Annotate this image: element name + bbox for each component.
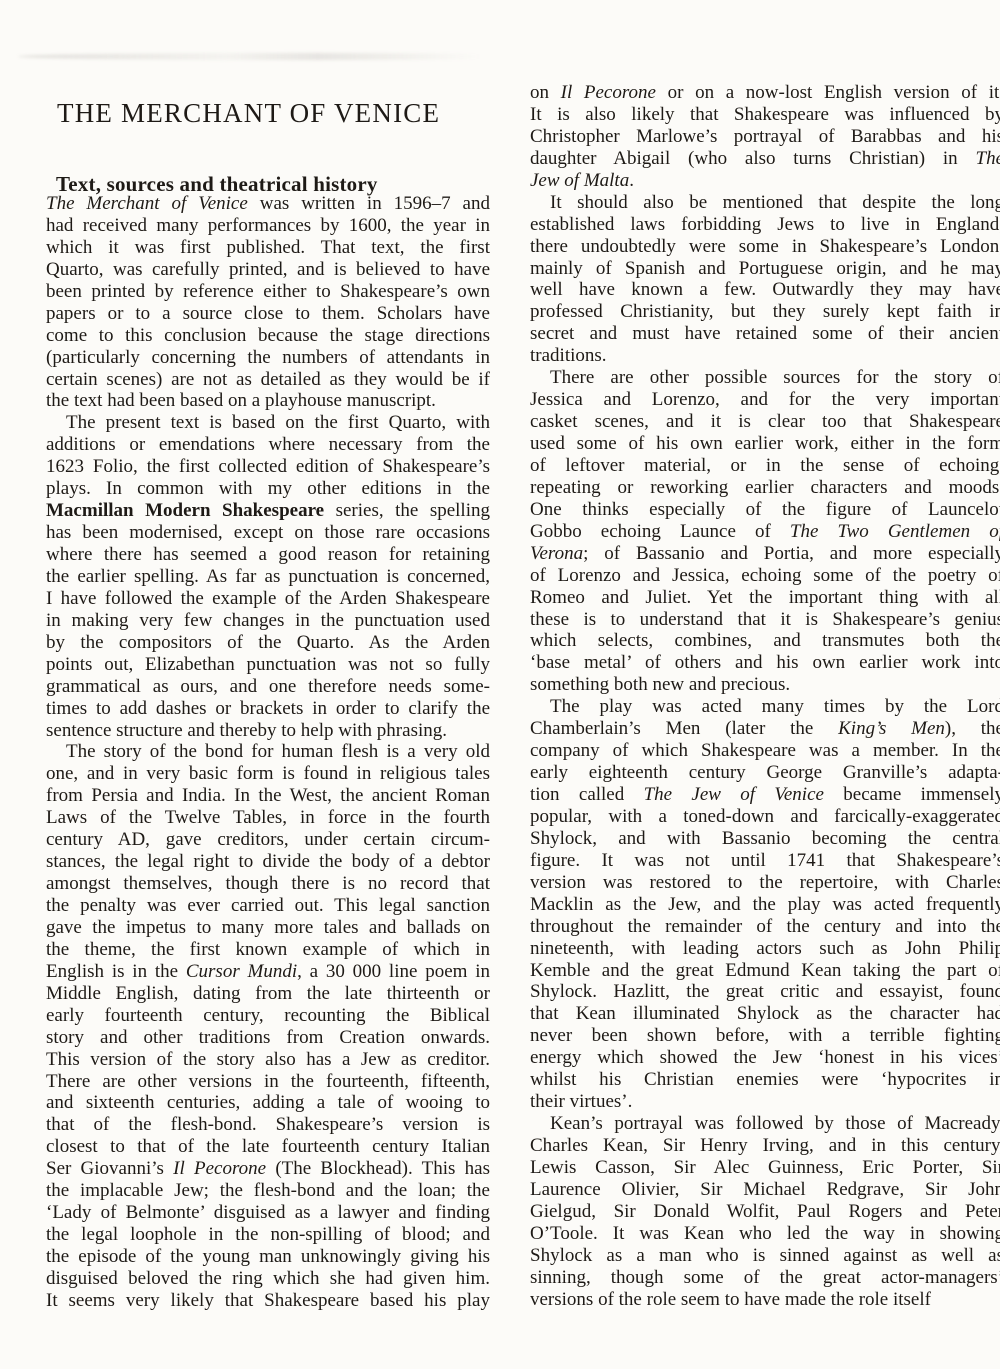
text-line: Jessica and Lorenzo, and for the very im… xyxy=(530,389,1000,411)
text-line: one, and in very basic form is found in … xyxy=(46,763,490,785)
text-line: (particularly concerning the numbers of … xyxy=(46,347,490,369)
text-line: gave the impetus to many more tales and … xyxy=(46,917,490,939)
text-line: century AD, gave creditors, under certai… xyxy=(46,829,490,851)
text-line: early fourteenth century, recounting the… xyxy=(46,1005,490,1027)
text-line: from Persia and India. In the West, the … xyxy=(46,785,490,807)
text-line: nineteenth, with leading actors such as … xyxy=(530,938,1000,960)
text-line: the earlier spelling. As far as punctuat… xyxy=(46,566,490,588)
text-line: amongst themselves, though there is no r… xyxy=(46,873,490,895)
text-line: The present text is based on the first Q… xyxy=(46,412,490,434)
paragraph: The Merchant of Venice was written in 15… xyxy=(46,193,490,412)
text-line: Verona; of Bassanio and Portia, and more… xyxy=(530,543,1000,565)
text-line: the theme, the first known example of wh… xyxy=(46,939,490,961)
text-line: Lewis Casson, Sir Alec Guinness, Eric Po… xyxy=(530,1157,1000,1179)
text-line: One thinks especially of the figure of L… xyxy=(530,499,1000,521)
text-line: early eighteenth century George Granvill… xyxy=(530,762,1000,784)
text-line: has been modernised, except on those rar… xyxy=(46,522,490,544)
text-line: grammatical as ours, and one therefore n… xyxy=(46,676,490,698)
paragraph: The play was acted many times by the Lor… xyxy=(530,696,1000,1113)
text-line: these is to understand that it is Shakes… xyxy=(530,609,1000,631)
text-line: never been shown before, with a terrible… xyxy=(530,1025,1000,1047)
text-line: traditions. xyxy=(530,345,1000,367)
text-line: energy which showed the Jew ‘honest in h… xyxy=(530,1047,1000,1069)
text-line: that Kean illuminated Shylock as the cha… xyxy=(530,1003,1000,1025)
text-line: tion called The Jew of Venice became imm… xyxy=(530,784,1000,806)
text-line: additions or emendations where necessary… xyxy=(46,434,490,456)
text-line: Macmillan Modern Shakespeare series, the… xyxy=(46,500,490,522)
text-line: which selects, combines, and transmutes … xyxy=(530,630,1000,652)
left-text-column: The Merchant of Venice was written in 15… xyxy=(46,193,490,1312)
text-line: Jew of Malta. xyxy=(530,170,1000,192)
text-line: Kemble and the great Edmund Kean taking … xyxy=(530,960,1000,982)
text-line: The story of the bond for human flesh is… xyxy=(46,741,490,763)
text-line: This version of the story also has a Jew… xyxy=(46,1049,490,1071)
text-line: There are other versions in the fourteen… xyxy=(46,1071,490,1093)
right-text-column: on Il Pecorone or on a now-lost English … xyxy=(530,82,1000,1311)
text-line: used some of his own earlier work, eithe… xyxy=(530,433,1000,455)
text-line: version was restored to the repertoire, … xyxy=(530,872,1000,894)
text-line: figure. It was not until 1741 that Shake… xyxy=(530,850,1000,872)
text-line: O’Toole. It was Kean who led the way in … xyxy=(530,1223,1000,1245)
text-line: points out, Elizabethan punctuation was … xyxy=(46,654,490,676)
text-line: and sixteenth centuries, adding a tale o… xyxy=(46,1092,490,1114)
text-line: It should also be mentioned that despite… xyxy=(530,192,1000,214)
paragraph: It should also be mentioned that despite… xyxy=(530,192,1000,368)
text-line: Gielgud, Sir Donald Wolfit, Paul Rogers … xyxy=(530,1201,1000,1223)
text-line: Kean’s portrayal was followed by those o… xyxy=(530,1113,1000,1135)
text-line: throughout the remainder of the century … xyxy=(530,916,1000,938)
text-line: the penalty was ever carried out. This l… xyxy=(46,895,490,917)
text-line: English is in the Cursor Mundi, a 30 000… xyxy=(46,961,490,983)
text-line: ‘Lady of Belmonte’ disguised as a lawyer… xyxy=(46,1202,490,1224)
text-line: certain scenes) are not as detailed as t… xyxy=(46,369,490,391)
text-line: popular, with a toned-down and farcicall… xyxy=(530,806,1000,828)
text-line: The play was acted many times by the Lor… xyxy=(530,696,1000,718)
text-line: sinning, though some of the great actor-… xyxy=(530,1267,1000,1289)
text-line: Chamberlain’s Men (later the King’s Men)… xyxy=(530,718,1000,740)
text-line: by the compositors of the Quarto. As the… xyxy=(46,632,490,654)
text-line: the text had been based on a playhouse m… xyxy=(46,390,490,412)
text-line: The Merchant of Venice was written in 15… xyxy=(46,193,490,215)
text-line: the episode of the young man unknowingly… xyxy=(46,1246,490,1268)
text-line: 1623 Folio, the first collected edition … xyxy=(46,456,490,478)
text-line: of leftover material, or in the sense of… xyxy=(530,455,1000,477)
text-line: It is also likely that Shakespeare was i… xyxy=(530,104,1000,126)
text-line: Laurence Olivier, Sir Michael Redgrave, … xyxy=(530,1179,1000,1201)
text-line: story and other traditions from Creation… xyxy=(46,1027,490,1049)
text-line: the implacable Jew; the flesh-bond and t… xyxy=(46,1180,490,1202)
text-line: Ser Giovanni’s Il Pecorone (The Blockhea… xyxy=(46,1158,490,1180)
text-line: whilst his Christian enemies were ‘hypoc… xyxy=(530,1069,1000,1091)
text-line: their virtues’. xyxy=(530,1091,1000,1113)
text-line: professed Christianity, but they surely … xyxy=(530,301,1000,323)
text-line: repeating or reworking earlier character… xyxy=(530,477,1000,499)
text-line: versions of the role seem to have made t… xyxy=(530,1289,1000,1311)
text-line: sentence structure and thereby to help w… xyxy=(46,720,490,742)
text-line: disguised beloved the ring which she had… xyxy=(46,1268,490,1290)
text-line: well have known a few. Outwardly they ma… xyxy=(530,279,1000,301)
text-line: been printed by reference either to Shak… xyxy=(46,281,490,303)
text-line: Christopher Marlowe’s portrayal of Barab… xyxy=(530,126,1000,148)
text-line: closest to that of the late fourteenth c… xyxy=(46,1136,490,1158)
text-line: casket scenes, and it is clear too that … xyxy=(530,411,1000,433)
text-line: Romeo and Juliet. Yet the important thin… xyxy=(530,587,1000,609)
text-line: plays. In common with my other editions … xyxy=(46,478,490,500)
text-line: Middle English, dating from the late thi… xyxy=(46,983,490,1005)
text-line: secret and must have retained some of th… xyxy=(530,323,1000,345)
scan-smudge-artifact xyxy=(18,53,563,60)
text-line: Shylock as a man who is sinned against a… xyxy=(530,1245,1000,1267)
text-line: times to add dashes or brackets in order… xyxy=(46,698,490,720)
paragraph: Kean’s portrayal was followed by those o… xyxy=(530,1113,1000,1310)
text-line: Macklin as the Jew, and the play was act… xyxy=(530,894,1000,916)
text-line: Charles Kean, Sir Henry Irving, and in t… xyxy=(530,1135,1000,1157)
text-line: had received many performances by 1600, … xyxy=(46,215,490,237)
text-line: Shylock, and with Bassanio becoming the … xyxy=(530,828,1000,850)
text-line: Gobbo echoing Launce of The Two Gentleme… xyxy=(530,521,1000,543)
text-line: Laws of the Twelve Tables, in force in t… xyxy=(46,807,490,829)
text-line: something both new and precious. xyxy=(530,674,1000,696)
text-line: of Lorenzo and Jessica, echoing some of … xyxy=(530,565,1000,587)
text-line: ‘base metal’ of others and his own earli… xyxy=(530,652,1000,674)
text-line: where there has seemed a good reason for… xyxy=(46,544,490,566)
text-line: Shylock. Hazlitt, the great critic and e… xyxy=(530,981,1000,1003)
text-line: stances, the legal right to divide the b… xyxy=(46,851,490,873)
text-line: that of the flesh-bond. Shakespeare’s ve… xyxy=(46,1114,490,1136)
text-line: It seems very likely that Shakespeare ba… xyxy=(46,1290,490,1312)
text-line: mainly of Spanish and Portuguese origin,… xyxy=(530,258,1000,280)
text-line: I have followed the example of the Arden… xyxy=(46,588,490,610)
paragraph: The present text is based on the first Q… xyxy=(46,412,490,741)
text-line: company of which Shakespeare was a membe… xyxy=(530,740,1000,762)
paragraph: on Il Pecorone or on a now-lost English … xyxy=(530,82,1000,192)
text-line: papers or to a source close to them. Sch… xyxy=(46,303,490,325)
text-line: Quarto, was carefully printed, and is be… xyxy=(46,259,490,281)
text-line: the legal loophole in the non-spilling o… xyxy=(46,1224,490,1246)
text-line: there undoubtedly were some in Shakespea… xyxy=(530,236,1000,258)
text-line: daughter Abigail (who also turns Christi… xyxy=(530,148,1000,170)
paragraph: The story of the bond for human flesh is… xyxy=(46,741,490,1311)
page-title: THE MERCHANT OF VENICE xyxy=(57,98,440,129)
text-line: on Il Pecorone or on a now-lost English … xyxy=(530,82,1000,104)
text-line: in making very few changes in the punctu… xyxy=(46,610,490,632)
text-line: which it was first published. That text,… xyxy=(46,237,490,259)
paragraph: There are other possible sources for the… xyxy=(530,367,1000,696)
scanned-book-page: { "colors": { "paper": "#fcfbf8", "ink":… xyxy=(0,0,1000,1369)
text-line: established laws forbidding Jews to live… xyxy=(530,214,1000,236)
text-line: come to this conclusion because the stag… xyxy=(46,325,490,347)
text-line: There are other possible sources for the… xyxy=(530,367,1000,389)
